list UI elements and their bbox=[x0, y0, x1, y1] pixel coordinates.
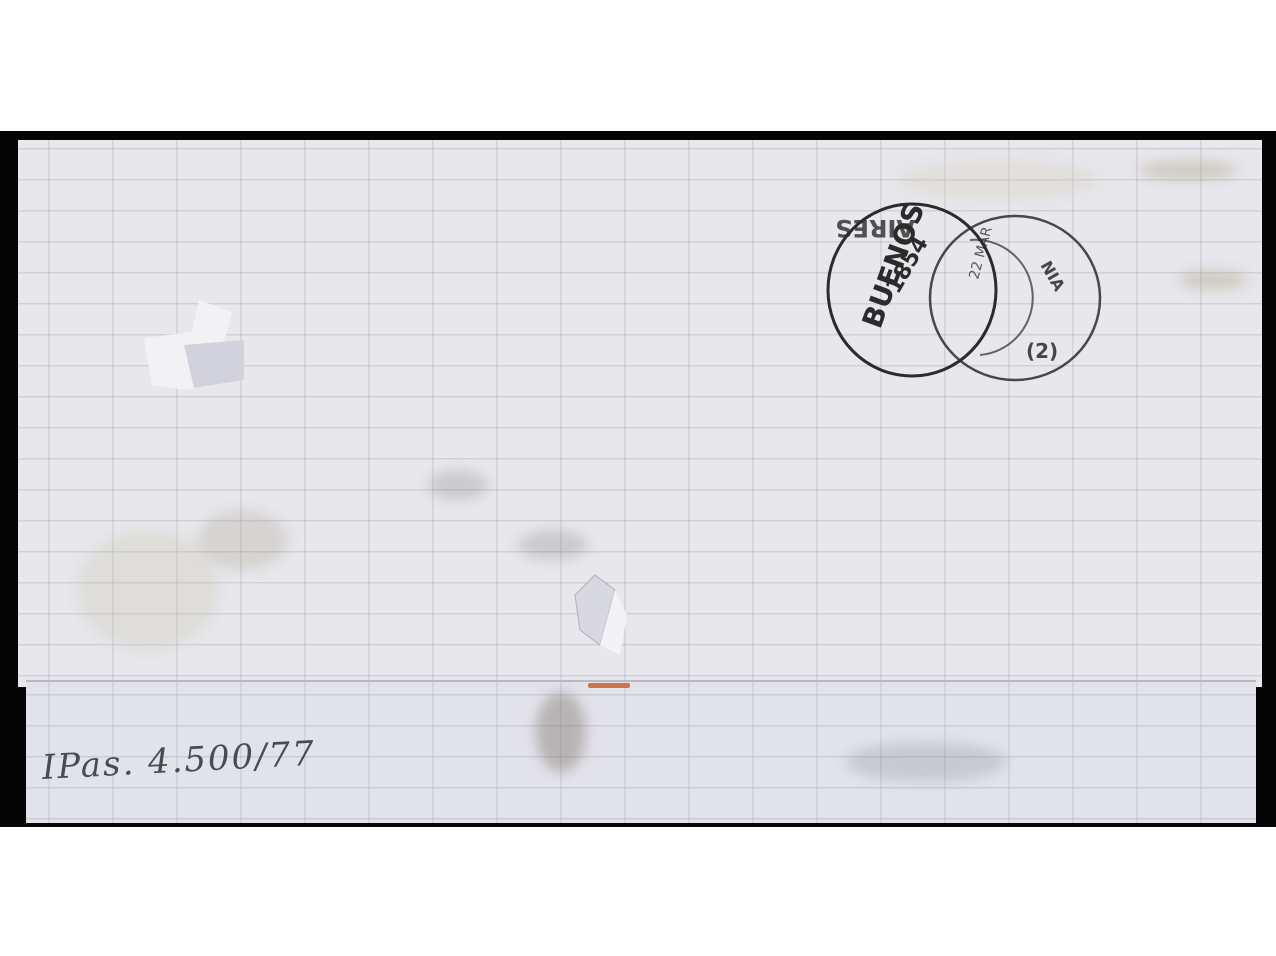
stain bbox=[536, 692, 586, 772]
svg-text:NIA: NIA bbox=[1037, 258, 1070, 296]
stain bbox=[1138, 160, 1238, 180]
svg-text:(2): (2) bbox=[1026, 339, 1058, 363]
red-sealing-mark bbox=[588, 683, 630, 688]
stain bbox=[1178, 270, 1248, 290]
stain bbox=[518, 530, 588, 560]
stain bbox=[78, 530, 218, 650]
stain bbox=[198, 510, 288, 570]
postmark-pair: BUENOS AIRES 1854 NIA (2) 22 MAR bbox=[820, 180, 1120, 400]
svg-text:22 MAR: 22 MAR bbox=[966, 225, 995, 281]
paper-tear bbox=[565, 570, 635, 660]
svg-text:AIRES: AIRES bbox=[835, 214, 915, 242]
stain bbox=[846, 742, 1006, 782]
wax-seal-remnant bbox=[144, 300, 244, 400]
stain bbox=[428, 470, 488, 500]
